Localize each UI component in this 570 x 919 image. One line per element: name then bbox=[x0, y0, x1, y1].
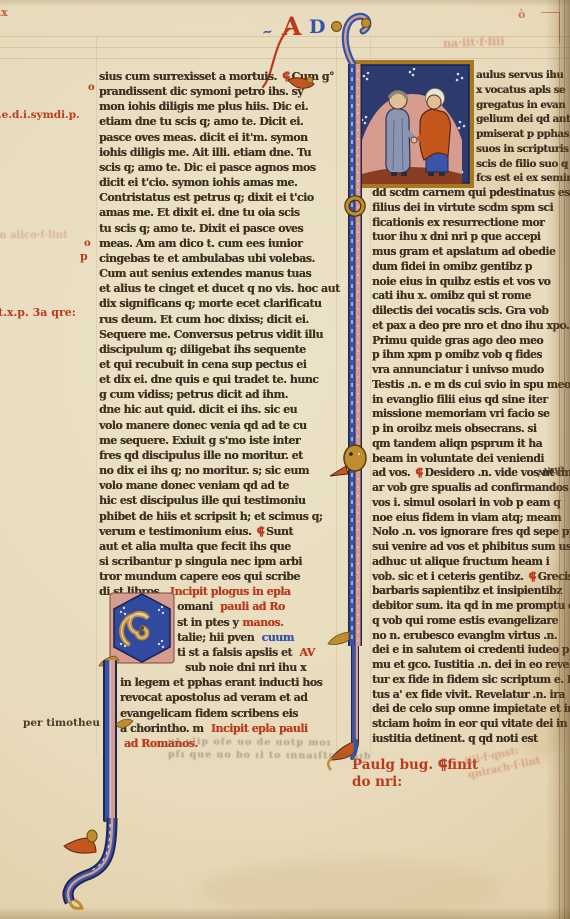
running-title-letter-a: A bbox=[282, 12, 301, 41]
text-line: dei e in salutem oi credenti iudeo p bbox=[372, 643, 563, 658]
text-line: et pax a deo pre nro et dno ihu xpo. bbox=[372, 319, 563, 334]
text-line: dicit ei t'cio. symon iohis amas me. bbox=[99, 175, 339, 190]
offset-ghost-text: iiii·f·qnst: qnirach·f·lint bbox=[464, 741, 542, 784]
line-text: noie eius in quibz estis et vos vo bbox=[372, 275, 550, 288]
line-text: Sunt bbox=[266, 525, 293, 538]
text-line: no dix ei ihs q; no moritur. s; sic eum bbox=[99, 463, 339, 478]
explicit-rubric: Paulg bug. ⸿finit do nri: bbox=[352, 757, 478, 791]
line-text: fres qd discipulus ille no moritur. et bbox=[99, 449, 303, 462]
text-line: Cum aut senius extendes manus tuas bbox=[99, 266, 339, 281]
page-edge-line bbox=[564, 0, 565, 919]
text-line: me sequere. Exiuit g s'mo iste inter bbox=[99, 433, 339, 448]
text-line: dum fidei in omibz gentibz p bbox=[372, 260, 563, 275]
text-line: tror mundum capere eos qui scribe bbox=[99, 569, 339, 584]
line-text: ficationis ex resurrectione mor bbox=[372, 216, 544, 229]
line-text: sius cum surrexisset a mortuis. bbox=[99, 70, 280, 83]
line-text: tror mundum capere eos qui scribe bbox=[99, 570, 300, 583]
line-text: sui venire ad vos et phibitus sum usq; bbox=[372, 540, 570, 553]
line-text: et alius te cinget et ducet q no vis. ho… bbox=[99, 282, 340, 295]
line-text: sub noie dni nri ihu x bbox=[185, 661, 306, 674]
text-line: q vob qui rome estis evangelizare bbox=[372, 614, 563, 629]
line-text: st in ptes y bbox=[177, 616, 238, 629]
line-text: Primu quide gras ago deo meo bbox=[372, 334, 543, 347]
line-text: Testis .n. e m ds cui svio in spu meo bbox=[372, 378, 570, 391]
leaf-ornament bbox=[114, 716, 134, 732]
line-text: tur ex fide in fidem sic scriptum e. Ius bbox=[372, 673, 570, 686]
text-line: dix significans q; morte ecet clarificat… bbox=[99, 296, 339, 311]
manuscript-page: ~ A D ix na·iit·f·liii ò l.e.d.i.symdi.p… bbox=[0, 0, 570, 919]
text-line: tu scis q; amo te. Dixit ei pasce oves bbox=[99, 221, 339, 236]
line-text: iohis diligis me. Ait illi. etiam dne. T… bbox=[99, 146, 311, 159]
text-line: vos i. simul osolari in vob p eam q bbox=[372, 496, 563, 511]
text-line: volo mane donec veniam qd ad te bbox=[99, 478, 339, 493]
line-text: prandissent dic symoni petro ihs. sy bbox=[99, 85, 303, 98]
line-text: vos i. simul osolari in vob p eam q bbox=[372, 496, 560, 509]
text-line: p ihm xpm p omibz vob q fides bbox=[372, 348, 563, 363]
line-text: me sequere. Exiuit g s'mo iste inter bbox=[99, 434, 300, 447]
initial-r-tail bbox=[103, 660, 117, 822]
text-line: cingebas te et ambulabas ubi volebas. bbox=[99, 251, 339, 266]
text-line: g cum vidiss; petrus dicit ad ihm. bbox=[99, 387, 339, 402]
line-text: dum fidei in omibz gentibz p bbox=[372, 260, 532, 273]
text-line: Nolo .n. vos ignorare fres qd sepe ppo bbox=[372, 525, 563, 540]
text-line: ad vos. ⸿Desidero .n. vide vos ut impar bbox=[372, 466, 563, 481]
text-line: rus deum. Et cum hoc dixiss; dicit ei. bbox=[99, 312, 339, 327]
text-line: scis q; amo te. Dic ei pasce agnos mos bbox=[99, 160, 339, 175]
line-text: dilectis dei vocatis scis. Gra vob bbox=[372, 304, 548, 317]
line-text: et qui recubuit in cena sup pectus ei bbox=[99, 358, 306, 371]
margin-note-ink: per timotheu bbox=[23, 717, 100, 729]
explicit-line: Paulg bug. ⸿finit bbox=[352, 757, 478, 774]
text-line: vob. sic et i ceteris gentibz. ⸿Grecis a… bbox=[372, 570, 563, 585]
leaf-ornament bbox=[286, 72, 316, 98]
line-text: no n. erubesco evanglm virtus .n. bbox=[372, 629, 557, 642]
line-text: dicit ei t'cio. symon iohis amas me. bbox=[99, 176, 297, 189]
line-text: Sequere me. Conversus petrus vidit illu bbox=[99, 328, 323, 341]
ghost-line: pſı que uo bo ıl to ınnaıſtum oıb bbox=[168, 748, 372, 763]
page-edge-shading bbox=[0, 907, 570, 919]
page-edge-shading bbox=[0, 0, 570, 7]
line-text: discipulum q; diligebat ihs sequente bbox=[99, 343, 306, 356]
text-line: in evanglio filii eius qd sine iter bbox=[372, 393, 563, 408]
paraph-mark: ⸿ bbox=[529, 570, 536, 583]
paraph-mark: ⸿ bbox=[415, 466, 422, 479]
line-text: omani bbox=[177, 600, 216, 613]
line-text: p ihm xpm p omibz vob q fides bbox=[372, 348, 542, 361]
line-text: stciam hoim in eor qui vitate dei in bbox=[372, 717, 567, 730]
line-text: scis q; amo te. Dic ei pasce agnos mos bbox=[99, 161, 315, 174]
line-text: Nolo .n. vos ignorare fres qd sepe ppo bbox=[372, 525, 570, 538]
text-line: etiam dne tu scis q; amo te. Dicit ei. bbox=[99, 114, 339, 129]
text-line: mu et gco. Iustitia .n. dei in eo revela bbox=[372, 658, 563, 673]
text-line: evangelicam fidem scribens eis bbox=[99, 706, 339, 721]
offset-ghost-text: na·iit·f·liii bbox=[443, 35, 505, 50]
text-line: discipulum q; diligebat ihs sequente bbox=[99, 342, 339, 357]
text-line: noie eius in quibz estis et vos vo bbox=[372, 275, 563, 290]
text-line: barbaris sapientibz et insipientibz bbox=[372, 584, 563, 599]
line-text: dei de celo sup omne impietate et iniu bbox=[372, 702, 570, 715]
text-line: amas me. Et dixit ei. dne tu oia scis bbox=[99, 205, 339, 220]
line-text: dei e in salutem oi credenti iudeo p bbox=[372, 643, 569, 656]
text-line: et qui recubuit in cena sup pectus ei bbox=[99, 357, 339, 372]
text-line: dilectis dei vocatis scis. Gra vob bbox=[372, 304, 563, 319]
rubric-text: AV bbox=[299, 646, 314, 659]
text-line: debitor sum. ita qd in me promptu e bbox=[372, 599, 563, 614]
line-text: noe eius fidem in viam atq; meam bbox=[372, 511, 561, 524]
red-mark: ò bbox=[518, 8, 525, 21]
text-line: tuor ihu x dni nri p que accepi bbox=[372, 230, 563, 245]
text-line: phibet de hiis et scripsit h; et scimus … bbox=[99, 509, 339, 524]
line-text: filius dei in virtute scdm spm sci bbox=[372, 201, 553, 214]
text-line: adhuc ut alique fructum heam i bbox=[372, 555, 563, 570]
line-text: vra annunciatur i univso mudo bbox=[372, 363, 544, 376]
margin-tick: o bbox=[84, 238, 91, 249]
text-line: iohis diligis me. Ait illi. etiam dne. T… bbox=[99, 145, 339, 160]
ruling-line bbox=[96, 36, 97, 754]
text-line: fres qd discipulus ille no moritur. et bbox=[99, 448, 339, 463]
line-text: tuor ihu x dni nri p que accepi bbox=[372, 230, 540, 243]
offset-ghost-text: m aiico·f·lint bbox=[0, 230, 68, 241]
offset-ghost-text: ut vlip oſe uo de uotp moı pſı que uo bo… bbox=[168, 735, 372, 763]
line-text: vob. sic et i ceteris gentibz. bbox=[372, 570, 527, 583]
text-line: a chorintho. m Incipit epla pauli bbox=[99, 721, 339, 736]
line-text: g cum vidiss; petrus dicit ad ihm. bbox=[99, 388, 288, 401]
decorated-initial-r bbox=[109, 592, 175, 664]
text-line: tur ex fide in fidem sic scriptum e. Ius bbox=[372, 673, 563, 688]
line-text: in evanglio filii eius qd sine iter bbox=[372, 393, 548, 406]
line-text: ti st a falsis apslis et bbox=[177, 646, 295, 659]
text-line: Testis .n. e m ds cui svio in spu meo bbox=[372, 378, 563, 393]
text-line: cati ihu x. omibz qui st rome bbox=[372, 289, 563, 304]
text-line: aut et alia multa que fecit ihs que bbox=[99, 539, 339, 554]
margin-note-red: t.x.p. 3a qre: bbox=[0, 306, 76, 319]
line-text: hic est discipulus ille qui testimoniu bbox=[99, 494, 305, 507]
line-text: barbaris sapientibz et insipientibz bbox=[372, 584, 562, 597]
line-text: no dix ei ihs q; no moritur. s; sic eum bbox=[99, 464, 309, 477]
text-line: mon iohis diligis me plus hiis. Dic ei. bbox=[99, 99, 339, 114]
line-text: cingebas te et ambulabas ubi volebas. bbox=[99, 252, 315, 265]
paraph-mark: ⸿ bbox=[257, 525, 264, 538]
text-line: noe eius fidem in viam atq; meam bbox=[372, 511, 563, 526]
text-line: mus gram et apslatum ad obedie bbox=[372, 245, 563, 260]
line-text: amas me. Et dixit ei. dne tu oia scis bbox=[99, 206, 300, 219]
text-line: ficationis ex resurrectione mor bbox=[372, 216, 563, 231]
line-text: cati ihu x. omibz qui st rome bbox=[372, 289, 531, 302]
text-line: qm tandem aliqn psprum it ha bbox=[372, 437, 563, 452]
line-text: et dix ei. dne quis e qui tradet te. hun… bbox=[99, 373, 318, 386]
page-edge-line bbox=[559, 0, 560, 919]
text-line: ar vob gre spualis ad confirmandos bbox=[372, 481, 563, 496]
line-text: ar vob gre spualis ad confirmandos bbox=[372, 481, 568, 494]
text-line: stciam hoim in eor qui vitate dei in bbox=[372, 717, 563, 732]
text-line: in legem et pphas erant inducti hos bbox=[99, 675, 339, 690]
margin-tick: p bbox=[80, 250, 88, 263]
corner-scribble: ix bbox=[0, 6, 8, 19]
line-text: etiam dne tu scis q; amo te. Dicit ei. bbox=[99, 115, 303, 128]
text-line: meas. Am am dico t. cum ees iunior bbox=[99, 236, 339, 251]
text-line: Primu quide gras ago deo meo bbox=[372, 334, 563, 349]
margin-note-red: l.e.d.i.symdi.p. bbox=[0, 109, 80, 121]
text-line: sui venire ad vos et phibitus sum usq; bbox=[372, 540, 563, 555]
text-line: dd scdm carnem qui pdestinatus est bbox=[372, 186, 563, 201]
line-text: iustitia detinent. q qd noti est bbox=[372, 732, 538, 745]
text-line: missione memoriam vri facio se bbox=[372, 407, 563, 422]
text-line: vra annunciatur i univso mudo bbox=[372, 363, 563, 378]
text-line: no n. erubesco evanglm virtus .n. bbox=[372, 629, 563, 644]
line-text: debitor sum. ita qd in me promptu e bbox=[372, 599, 570, 612]
text-line: si scribantur p singula nec ipm arbi bbox=[99, 554, 339, 569]
margin-tick: o bbox=[88, 82, 95, 93]
rubric-text: Incipit epla pauli bbox=[211, 722, 308, 735]
line-text: mus gram et apslatum ad obedie bbox=[372, 245, 555, 258]
text-line: Contristatus est petrus q; dixit ei t'ci… bbox=[99, 190, 339, 205]
text-line: dei de celo sup omne impietate et iniu bbox=[372, 702, 563, 717]
line-text: meas. Am am dico t. cum ees iunior bbox=[99, 237, 302, 250]
initial-r-foot-flourish bbox=[48, 818, 126, 910]
text-line: dne hic aut quid. dicit ei ihs. sic eu bbox=[99, 402, 339, 417]
line-text: dix significans q; morte ecet clarificat… bbox=[99, 297, 321, 310]
text-line: revocat apostolus ad veram et ad bbox=[99, 690, 339, 705]
line-text: dne hic aut quid. dicit ei ihs. sic eu bbox=[99, 403, 297, 416]
explicit-line: do nri: bbox=[352, 774, 478, 791]
line-text: phibet de hiis et scripsit h; et scimus … bbox=[99, 510, 322, 523]
rubric-text: Incipit plogus in epla bbox=[170, 585, 291, 598]
line-text: talie; hii pven bbox=[177, 631, 258, 644]
line-text: in legem et pphas erant inducti hos bbox=[120, 676, 322, 689]
text-line: hic est discipulus ille qui testimoniu bbox=[99, 493, 339, 508]
line-text: volo manere donec venia qd ad te cu bbox=[99, 419, 307, 432]
rubric-text: manos. bbox=[242, 616, 283, 629]
line-text: aut et alia multa que fecit ihs que bbox=[99, 540, 291, 553]
line-text: mu et gco. Iustitia .n. dei in eo revela bbox=[372, 658, 570, 671]
text-line: Sequere me. Conversus petrus vidit illu bbox=[99, 327, 339, 342]
line-text: q vob qui rome estis evangelizare bbox=[372, 614, 558, 627]
line-text: tu scis q; amo te. Dixit ei pasce oves bbox=[99, 222, 303, 235]
text-line: tus a' ex fide vivit. Revelatur .n. ira bbox=[372, 688, 563, 703]
text-line: p in oroibz meis obsecrans. si bbox=[372, 422, 563, 437]
line-text: p in oroibz meis obsecrans. si bbox=[372, 422, 536, 435]
line-text: missione memoriam vri facio se bbox=[372, 407, 549, 420]
line-text: revocat apostolus ad veram et ad bbox=[120, 691, 307, 704]
text-line: pasce oves meas. dicit ei it'm. symon bbox=[99, 130, 339, 145]
text-line: volo manere donec venia qd ad te cu bbox=[99, 418, 339, 433]
initial-p-stem-flourish bbox=[322, 6, 380, 776]
page-edge-shading bbox=[546, 0, 570, 919]
text-line: verum e testimonium eius. ⸿Sunt bbox=[99, 524, 339, 539]
text-line: beam in voluntate dei veniendi bbox=[372, 452, 563, 467]
line-text: Contristatus est petrus q; dixit ei t'ci… bbox=[99, 191, 314, 204]
line-text: beam in voluntate dei veniendi bbox=[372, 452, 544, 465]
line-text: qm tandem aliqn psprum it ha bbox=[372, 437, 542, 450]
line-text: tus a' ex fide vivit. Revelatur .n. ira bbox=[372, 688, 565, 701]
text-line: filius dei in virtute scdm spm sci bbox=[372, 201, 563, 216]
line-text: evangelicam fidem scribens eis bbox=[120, 707, 298, 720]
line-text: volo mane donec veniam qd ad te bbox=[99, 479, 289, 492]
rubric-text: pauli ad Ro bbox=[220, 600, 285, 613]
line-text: si scribantur p singula nec ipm arbi bbox=[99, 555, 302, 568]
line-text: adhuc ut alique fructum heam i bbox=[372, 555, 549, 568]
line-text: Cum aut senius extendes manus tuas bbox=[99, 267, 311, 280]
line-text: rus deum. Et cum hoc dixiss; dicit ei. bbox=[99, 313, 309, 326]
text-line: et alius te cinget et ducet q no vis. ho… bbox=[99, 281, 339, 296]
text-line: et dix ei. dne quis e qui tradet te. hun… bbox=[99, 372, 339, 387]
blue-text: cuum bbox=[262, 631, 294, 644]
line-text: pasce oves meas. dicit ei it'm. symon bbox=[99, 131, 308, 144]
line-text: et pax a deo pre nro et dno ihu xpo. bbox=[372, 319, 569, 332]
line-text: mon iohis diligis me plus hiis. Dic ei. bbox=[99, 100, 308, 113]
line-text: verum e testimonium eius. bbox=[99, 525, 255, 538]
